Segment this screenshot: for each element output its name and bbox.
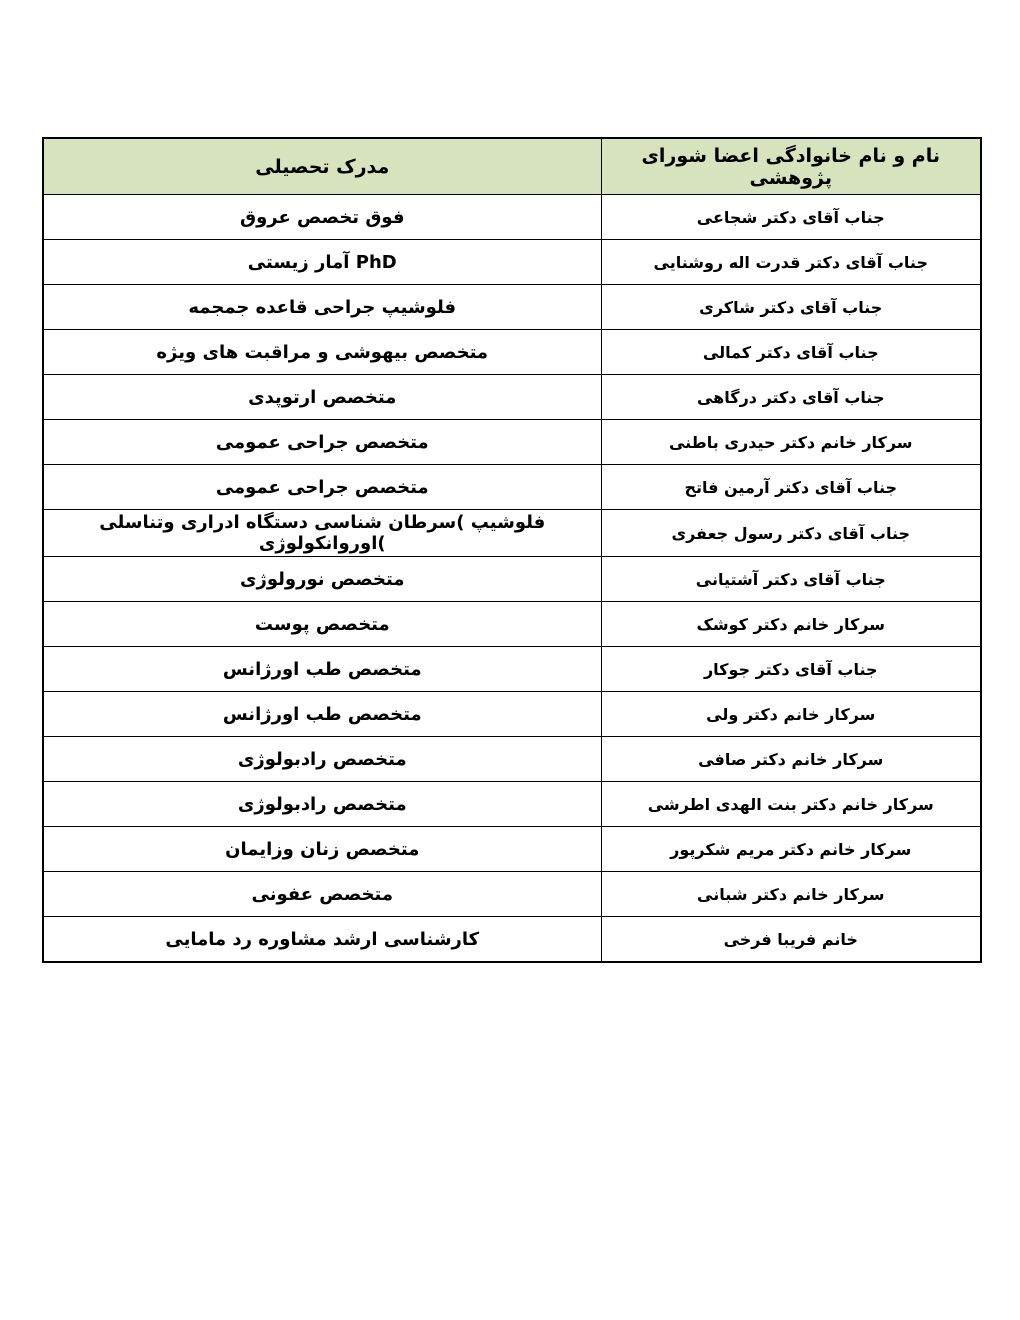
header-row: نام و نام خانوادگی اعضا شورای پژوهشی مدر… [43,138,981,195]
degree-cell: متخصص رادبولوژی [43,782,601,827]
degree-cell: فوق تخصص عروق [43,195,601,240]
member-name-cell: سرکار خانم دکتر شبانی [601,872,981,917]
degree-cell: متخصص جراحی عمومی [43,420,601,465]
table-row: جناب آقای دکتر آشتیانی متخصص نورولوژی [43,557,981,602]
header-name-column: نام و نام خانوادگی اعضا شورای پژوهشی [601,138,981,195]
table-row: جناب آقای دکتر شاکری فلوشیپ جراحی قاعده … [43,285,981,330]
degree-cell: متخصص ارتوپدی [43,375,601,420]
degree-cell: فلوشیپ )سرطان شناسی دستگاه ادراری وتناسل… [43,510,601,557]
table-row: سرکار خانم دکتر شبانی متخصص عفونی [43,872,981,917]
degree-cell: PhD آمار زیستی [43,240,601,285]
member-name-cell: سرکار خانم دکتر ولی [601,692,981,737]
member-name-cell: سرکار خانم دکتر بنت الهدی اطرشی [601,782,981,827]
degree-cell: متخصص طب اورژانس [43,647,601,692]
member-name-cell: سرکار خانم دکتر حیدری باطنی [601,420,981,465]
degree-cell: کارشناسی ارشد مشاوره رد مامایی [43,917,601,963]
member-name-cell: جناب آقای دکتر آشتیانی [601,557,981,602]
member-name-cell: جناب آقای دکتر رسول جعفری [601,510,981,557]
member-name-cell: سرکار خانم دکتر کوشک [601,602,981,647]
degree-cell: متخصص عفونی [43,872,601,917]
member-name-cell: خانم فریبا فرخی [601,917,981,963]
member-name-cell: جناب آقای دکتر درگاهی [601,375,981,420]
research-council-table: نام و نام خانوادگی اعضا شورای پژوهشی مدر… [42,137,982,963]
member-name-cell: جناب آقای دکتر شجاعی [601,195,981,240]
table-row: سرکار خانم دکتر کوشک متخصص پوست [43,602,981,647]
member-name-cell: سرکار خانم دکتر صافی [601,737,981,782]
table-row: جناب آقای دکتر رسول جعفری فلوشیپ )سرطان … [43,510,981,557]
degree-cell: متخصص جراحی عمومی [43,465,601,510]
degree-cell: فلوشیپ جراحی قاعده جمجمه [43,285,601,330]
member-name-cell: جناب آقای دکتر جوکار [601,647,981,692]
degree-cell: متخصص طب اورژانس [43,692,601,737]
table-row: جناب آقای دکتر شجاعی فوق تخصص عروق [43,195,981,240]
table-row: جناب آقای دکتر کمالی متخصص بیهوشی و مراق… [43,330,981,375]
degree-cell: متخصص پوست [43,602,601,647]
degree-cell: متخصص نورولوژی [43,557,601,602]
degree-cell: متخصص زنان وزایمان [43,827,601,872]
table-row: سرکار خانم دکتر مریم شکرپور متخصص زنان و… [43,827,981,872]
table-row: جناب آقای دکتر آرمین فاتح متخصص جراحی عم… [43,465,981,510]
degree-cell: متخصص بیهوشی و مراقبت های ویژه [43,330,601,375]
table-row: جناب آقای دکتر درگاهی متخصص ارتوپدی [43,375,981,420]
header-degree-column: مدرک تحصیلی [43,138,601,195]
table-row: جناب آقای دکتر جوکار متخصص طب اورژانس [43,647,981,692]
table-row: سرکار خانم دکتر صافی متخصص رادبولوژی [43,737,981,782]
table-row: خانم فریبا فرخی کارشناسی ارشد مشاوره رد … [43,917,981,963]
document-page: نام و نام خانوادگی اعضا شورای پژوهشی مدر… [42,137,980,963]
member-name-cell: جناب آقای دکتر شاکری [601,285,981,330]
table-body: جناب آقای دکتر شجاعی فوق تخصص عروق جناب … [43,195,981,963]
member-name-cell: جناب آقای دکتر کمالی [601,330,981,375]
table-row: جناب آقای دکتر قدرت اله روشنایی PhD آمار… [43,240,981,285]
degree-cell: متخصص رادبولوژی [43,737,601,782]
table-row: سرکار خانم دکتر حیدری باطنی متخصص جراحی … [43,420,981,465]
table-row: سرکار خانم دکتر بنت الهدی اطرشی متخصص را… [43,782,981,827]
table-row: سرکار خانم دکتر ولی متخصص طب اورژانس [43,692,981,737]
member-name-cell: جناب آقای دکتر قدرت اله روشنایی [601,240,981,285]
member-name-cell: جناب آقای دکتر آرمین فاتح [601,465,981,510]
member-name-cell: سرکار خانم دکتر مریم شکرپور [601,827,981,872]
